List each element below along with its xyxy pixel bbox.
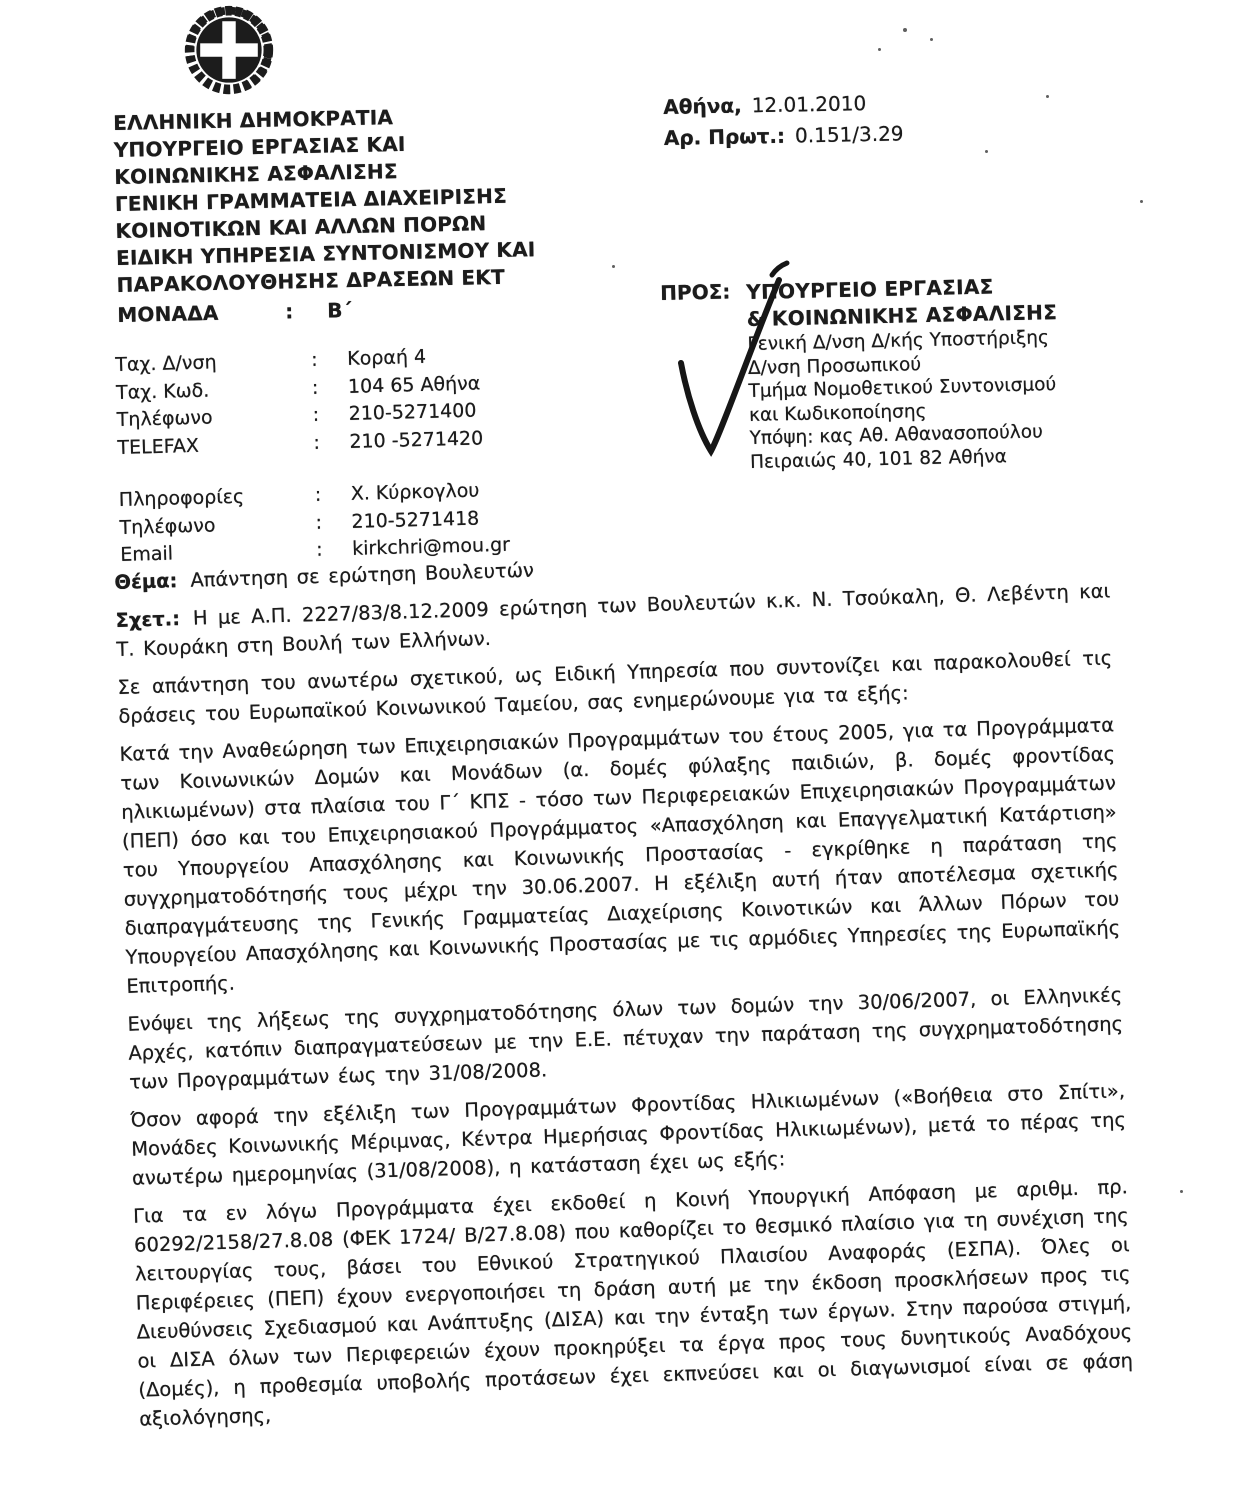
body-paragraph-5: Για τα εν λόγω Προγράμματα έχει εκδοθεί … bbox=[133, 1172, 1134, 1433]
unit-separator: : bbox=[285, 298, 328, 326]
scan-noise-speck bbox=[1180, 1190, 1183, 1193]
body-paragraph-2: Κατά την Αναθεώρηση των Επιχειρησιακών Π… bbox=[119, 710, 1121, 1000]
contact-separator: : bbox=[316, 536, 353, 564]
scan-noise-speck bbox=[903, 28, 907, 32]
contact-label: TELEFAX bbox=[117, 429, 314, 462]
contact-separator: : bbox=[315, 508, 352, 536]
date-value: 12.01.2010 bbox=[751, 91, 866, 117]
handwritten-checkmark bbox=[653, 255, 813, 470]
scan-noise-speck bbox=[878, 48, 881, 51]
protocol-number: 0.151/3.29 bbox=[795, 121, 904, 147]
date-row: Αθήνα,12.01.2010 bbox=[663, 87, 903, 123]
unit-value: Β΄ bbox=[327, 297, 352, 325]
body-paragraph-3: Ενόψει της λήξεως της συγχρηματοδότησης … bbox=[127, 980, 1124, 1096]
contact-separator: : bbox=[312, 401, 349, 429]
protocol-label: Αρ. Πρωτ.: bbox=[664, 124, 786, 150]
contact-details: Ταχ. Δ/νση : Κοραή 4 Ταχ. Κωδ. : 104 65 … bbox=[115, 340, 581, 569]
contact-value: 210 -5271420 bbox=[349, 425, 483, 456]
scan-noise-speck bbox=[612, 265, 615, 268]
contact-separator: : bbox=[314, 481, 351, 509]
scan-noise-speck bbox=[985, 150, 988, 153]
scanned-letter-page: ΕΛΛΗΝΙΚΗ ΔΗΜΟΚΡΑΤΙΑ ΥΠΟΥΡΓΕΙΟ ΕΡΓΑΣΙΑΣ Κ… bbox=[0, 0, 1250, 1490]
contact-value: 104 65 Αθήνα bbox=[348, 370, 481, 401]
reference-label: Σχετ.: bbox=[115, 607, 180, 632]
contact-value: 210-5271418 bbox=[351, 505, 479, 536]
contact-separator: : bbox=[313, 428, 350, 456]
contact-value: Χ. Κύρκογλου bbox=[350, 478, 479, 509]
scan-noise-speck bbox=[930, 38, 933, 41]
contact-separator: : bbox=[311, 346, 348, 374]
contact-value: Κοραή 4 bbox=[347, 344, 427, 374]
date-protocol-block: Αθήνα,12.01.2010 Αρ. Πρωτ.:0.151/3.29 bbox=[663, 87, 904, 154]
unit-label: ΜΟΝΑΔΑ bbox=[117, 298, 286, 329]
contact-value: 210-5271400 bbox=[348, 398, 476, 429]
scan-noise-speck bbox=[1046, 95, 1049, 98]
body-paragraph-4: Όσον αφορά την εξέλιξη των Προγραμμάτων … bbox=[130, 1076, 1127, 1192]
subject-label: Θέμα: bbox=[114, 569, 178, 594]
greek-national-emblem-icon bbox=[181, 3, 277, 99]
scan-noise-speck bbox=[1140, 200, 1143, 203]
letterhead: ΕΛΛΗΝΙΚΗ ΔΗΜΟΚΡΑΤΙΑ ΥΠΟΥΡΓΕΙΟ ΕΡΓΑΣΙΑΣ Κ… bbox=[113, 99, 637, 329]
city-label: Αθήνα, bbox=[663, 93, 742, 119]
contact-separator: : bbox=[312, 373, 349, 401]
letter-body: Θέμα:Απάντηση σε ερώτηση Βουλευτών Σχετ.… bbox=[114, 538, 1135, 1442]
protocol-row: Αρ. Πρωτ.:0.151/3.29 bbox=[664, 118, 904, 154]
subject-text: Απάντηση σε ερώτηση Βουλευτών bbox=[190, 559, 534, 592]
